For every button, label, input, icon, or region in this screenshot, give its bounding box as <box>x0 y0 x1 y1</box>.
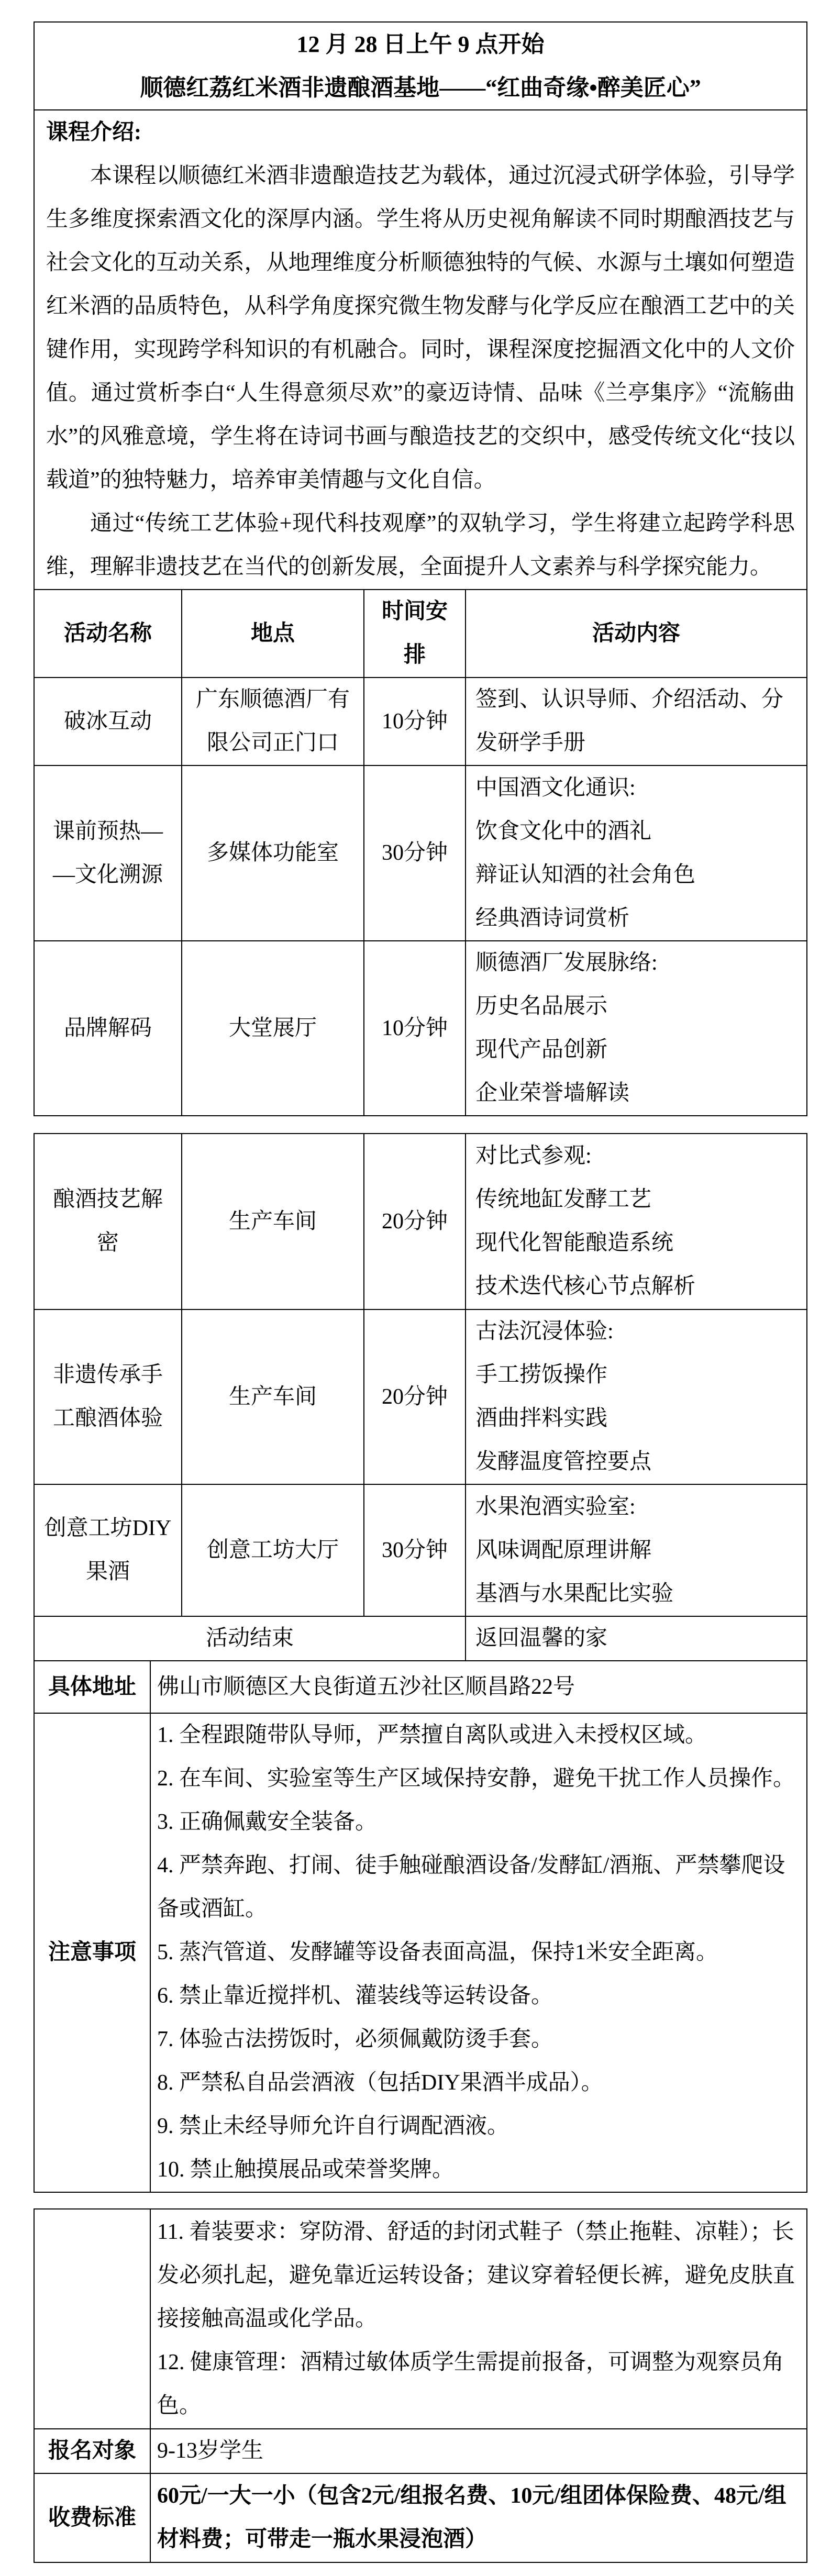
note-item-3: 3. 正确佩戴安全装备。 <box>157 1801 800 1844</box>
col-header-content: 活动内容 <box>466 590 807 678</box>
schedule-row-brand: 品牌解码 大堂展厅 10分钟 顺德酒厂发展脉络: 历史名品展示 现代产品创新 企… <box>34 941 807 1116</box>
activity-duration-cell: 30分钟 <box>364 765 466 941</box>
note-item-10: 10. 禁止触摸展品或荣誉奖牌。 <box>157 2148 800 2192</box>
activity-content-cell: 对比式参观: 传统地缸发酵工艺 现代化智能酿造系统 技术迭代核心节点解析 <box>466 1134 807 1309</box>
closing-label-cell: 活动结束 <box>34 1616 466 1661</box>
audience-value: 9-13岁学生 <box>150 2429 807 2473</box>
activity-location-cell: 生产车间 <box>182 1134 364 1309</box>
title-block: 12 月 28 日上午 9 点开始 顺德红荔红米酒非遗酿酒基地——“红曲奇缘•醉… <box>34 22 807 110</box>
activity-duration-cell: 10分钟 <box>364 678 466 765</box>
course-intro-cell: 课程介绍: 本课程以顺德红米酒非遗酿造技艺为载体，通过沉浸式研学体验，引导学生多… <box>34 110 807 590</box>
notes-continued-row: 11. 着装要求：穿防滑、舒适的封闭式鞋子（禁止拖鞋、凉鞋）；长发必须扎起，避免… <box>34 2209 807 2429</box>
audience-row: 报名对象 9-13岁学生 <box>34 2429 807 2473</box>
fee-row: 收费标准 60元/一大一小（包含2元/组报名费、10元/组团体保险费、48元/组… <box>34 2473 807 2562</box>
fee-label: 收费标准 <box>34 2473 150 2562</box>
activity-name-cell: 创意工坊DIY 果酒 <box>34 1484 182 1616</box>
address-value: 佛山市顺德区大良街道五沙社区顺昌路22号 <box>150 1661 807 1713</box>
title-intro-schedule-table: 12 月 28 日上午 9 点开始 顺德红荔红米酒非遗酿酒基地——“红曲奇缘•醉… <box>34 21 807 1116</box>
schedule-row-icebreaker: 破冰互动 广东顺德酒厂有 限公司正门口 10分钟 签到、认识导师、介绍活动、分 … <box>34 678 807 765</box>
activity-location-cell: 多媒体功能室 <box>182 765 364 941</box>
activity-duration-cell: 30分钟 <box>364 1484 466 1616</box>
col-header-activity-name: 活动名称 <box>34 590 182 678</box>
note-item-6: 6. 禁止靠近搅拌机、灌装线等运转设备。 <box>157 1974 800 2018</box>
notes-continued-list: 11. 着装要求：穿防滑、舒适的封闭式鞋子（禁止拖鞋、凉鞋）；长发必须扎起，避免… <box>150 2209 807 2429</box>
notes-label: 注意事项 <box>34 1713 150 2192</box>
address-label: 具体地址 <box>34 1661 150 1713</box>
note-item-8: 8. 严禁私自品尝酒液（包括DIY果酒半成品）。 <box>157 2061 800 2105</box>
schedule-continued-table: 酿酒技艺解 密 生产车间 20分钟 对比式参观: 传统地缸发酵工艺 现代化智能酿… <box>34 1133 807 2193</box>
intro-paragraph-2: 通过“传统工艺体验+现代科技观摩”的双轨学习，学生将建立起跨学科思维，理解非遗技… <box>46 502 795 589</box>
schedule-row-heritage-handcraft: 非遗传承手 工酿酒体验 生产车间 20分钟 古法沉浸体验: 手工捞饭操作 酒曲拌… <box>34 1309 807 1484</box>
activity-duration-cell: 10分钟 <box>364 941 466 1116</box>
document-page: { "page": { "title": "12 月 28 日上午 9 点开始"… <box>0 0 831 2576</box>
fee-value: 60元/一大一小（包含2元/组报名费、10元/组团体保险费、48元/组材料费；可… <box>150 2473 807 2562</box>
intro-paragraph-1: 本课程以顺德红米酒非遗酿造技艺为载体，通过沉浸式研学体验，引导学生多维度探索酒文… <box>46 154 795 502</box>
schedule-row-brewing-tech: 酿酒技艺解 密 生产车间 20分钟 对比式参观: 传统地缸发酵工艺 现代化智能酿… <box>34 1134 807 1309</box>
page-subtitle: 顺德红荔红米酒非遗酿酒基地——“红曲奇缘•醉美匠心” <box>35 66 806 109</box>
activity-duration-cell: 20分钟 <box>364 1134 466 1309</box>
document-body: 12 月 28 日上午 9 点开始 顺德红荔红米酒非遗酿酒基地——“红曲奇缘•醉… <box>34 21 806 2563</box>
intro-row: 课程介绍: 本课程以顺德红米酒非遗酿造技艺为载体，通过沉浸式研学体验，引导学生多… <box>34 110 807 590</box>
note-item-7: 7. 体验古法捞饭时，必须佩戴防烫手套。 <box>157 2018 800 2061</box>
activity-name-cell: 非遗传承手 工酿酒体验 <box>34 1309 182 1484</box>
address-row: 具体地址 佛山市顺德区大良街道五沙社区顺昌路22号 <box>34 1661 807 1713</box>
activity-content-cell: 古法沉浸体验: 手工捞饭操作 酒曲拌料实践 发酵温度管控要点 <box>466 1309 807 1484</box>
activity-content-cell: 水果泡酒实验室: 风味调配原理讲解 基酒与水果配比实验 <box>466 1484 807 1616</box>
activity-name-cell: 品牌解码 <box>34 941 182 1116</box>
activity-name-cell: 课前预热— —文化溯源 <box>34 765 182 941</box>
activity-location-cell: 大堂展厅 <box>182 941 364 1116</box>
note-item-9: 9. 禁止未经导师允许自行调配酒液。 <box>157 2105 800 2148</box>
note-item-4: 4. 严禁奔跑、打闹、徒手触碰酿酒设备/发酵缸/酒瓶、严禁攀爬设备或酒缸。 <box>157 1844 800 1931</box>
activity-content-cell: 中国酒文化通识: 饮食文化中的酒礼 辩证认知酒的社会角色 经典酒诗词赏析 <box>466 765 807 941</box>
col-header-duration-label: 时间安排 <box>378 590 451 677</box>
note-item-12: 12. 健康管理：酒精过敏体质学生需提前报备，可调整为观察员角色。 <box>157 2341 800 2428</box>
notes-list: 1. 全程跟随带队导师，严禁擅自离队或进入未授权区域。 2. 在车间、实验室等生… <box>150 1713 807 2192</box>
note-item-11: 11. 着装要求：穿防滑、舒适的封闭式鞋子（禁止拖鞋、凉鞋）；长发必须扎起，避免… <box>157 2211 800 2341</box>
intro-heading: 课程介绍: <box>46 111 795 154</box>
audience-label: 报名对象 <box>34 2429 150 2473</box>
activity-content-cell: 签到、认识导师、介绍活动、分 发研学手册 <box>466 678 807 765</box>
activity-location-cell: 广东顺德酒厂有 限公司正门口 <box>182 678 364 765</box>
notes-continued-and-fees-table: 11. 着装要求：穿防滑、舒适的封闭式鞋子（禁止拖鞋、凉鞋）；长发必须扎起，避免… <box>34 2208 807 2563</box>
note-item-2: 2. 在车间、实验室等生产区域保持安静，避免干扰工作人员操作。 <box>157 1757 800 1801</box>
activity-content-cell: 顺德酒厂发展脉络: 历史名品展示 现代产品创新 企业荣誉墙解读 <box>466 941 807 1116</box>
activity-location-cell: 生产车间 <box>182 1309 364 1484</box>
schedule-row-diy-workshop: 创意工坊DIY 果酒 创意工坊大厅 30分钟 水果泡酒实验室: 风味调配原理讲解… <box>34 1484 807 1616</box>
schedule-header-row: 活动名称 地点 时间安排 活动内容 <box>34 590 807 678</box>
closing-content-cell: 返回温馨的家 <box>466 1616 807 1661</box>
col-header-location: 地点 <box>182 590 364 678</box>
schedule-row-closing: 活动结束 返回温馨的家 <box>34 1616 807 1661</box>
activity-location-cell: 创意工坊大厅 <box>182 1484 364 1616</box>
notes-continued-label-empty <box>34 2209 150 2429</box>
note-item-1: 1. 全程跟随带队导师，严禁擅自离队或进入未授权区域。 <box>157 1714 800 1757</box>
title-row: 12 月 28 日上午 9 点开始 顺德红荔红米酒非遗酿酒基地——“红曲奇缘•醉… <box>34 22 807 110</box>
activity-name-cell: 破冰互动 <box>34 678 182 765</box>
activity-name-cell: 酿酒技艺解 密 <box>34 1134 182 1309</box>
notes-row: 注意事项 1. 全程跟随带队导师，严禁擅自离队或进入未授权区域。 2. 在车间、… <box>34 1713 807 2192</box>
col-header-duration: 时间安排 <box>364 590 466 678</box>
activity-duration-cell: 20分钟 <box>364 1309 466 1484</box>
schedule-row-warmup: 课前预热— —文化溯源 多媒体功能室 30分钟 中国酒文化通识: 饮食文化中的酒… <box>34 765 807 941</box>
note-item-5: 5. 蒸汽管道、发酵罐等设备表面高温，保持1米安全距离。 <box>157 1931 800 1974</box>
page-title: 12 月 28 日上午 9 点开始 <box>35 23 806 66</box>
